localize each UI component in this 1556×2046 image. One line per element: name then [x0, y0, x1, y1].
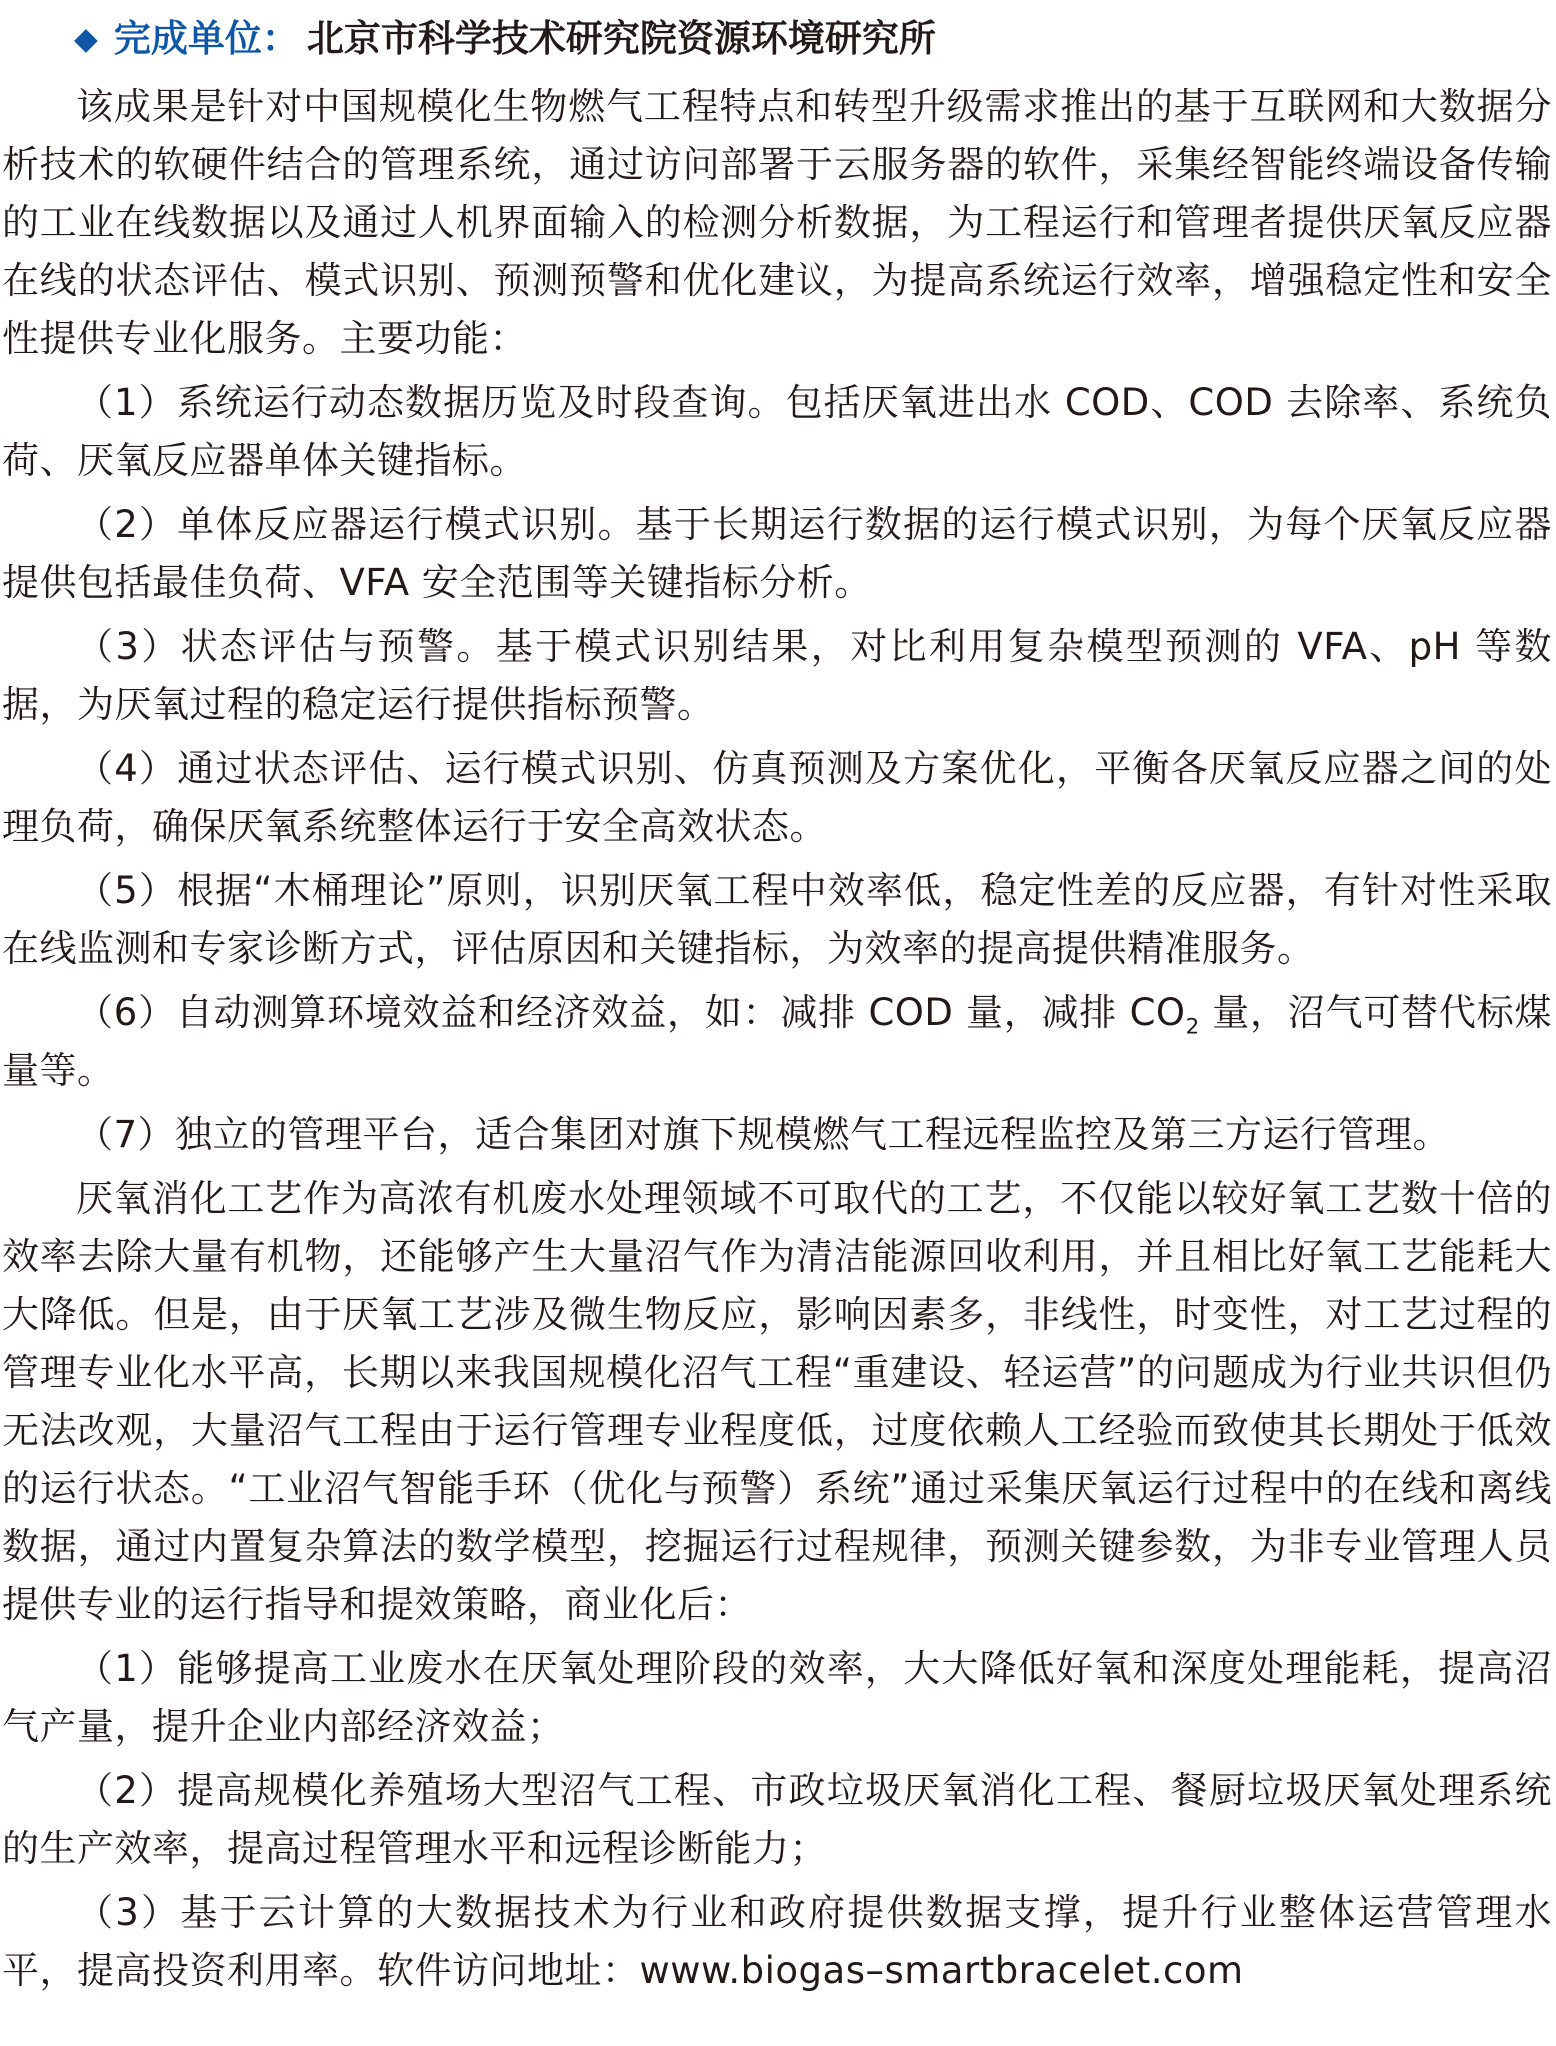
feature-2-text: （2）单体反应器运行模式识别。基于长期运行数据的运行模式识别，为每个厌氧反应器提…	[2, 503, 1552, 604]
co2-subscript: 2	[1186, 1014, 1200, 1039]
benefit-1-text: （1）能够提高工业废水在厌氧处理阶段的效率，大大降低好氧和深度处理能耗，提高沼气…	[2, 1647, 1552, 1748]
completion-unit-header: ◆完成单位：北京市科学技术研究院资源环境研究所	[2, 10, 1552, 68]
feature-6-text-before: （6）自动测算环境效益和经济效益，如：减排 COD 量，减排 CO	[76, 991, 1186, 1034]
completion-unit-label: 完成单位：	[114, 17, 299, 60]
feature-7-text: （7）独立的管理平台，适合集团对旗下规模燃气工程远程监控及第三方运行管理。	[76, 1113, 1450, 1156]
feature-7-paragraph: （7）独立的管理平台，适合集团对旗下规模燃气工程远程监控及第三方运行管理。	[2, 1106, 1552, 1164]
benefit-2-paragraph: （2）提高规模化养殖场大型沼气工程、市政垃圾厌氧消化工程、餐厨垃圾厌氧处理系统的…	[2, 1762, 1552, 1878]
feature-4-text: （4）通过状态评估、运行模式识别、仿真预测及方案优化，平衡各厌氧反应器之间的处理…	[2, 747, 1552, 848]
intro-text: 该成果是针对中国规模化生物燃气工程特点和转型升级需求推出的基于互联网和大数据分析…	[2, 85, 1552, 360]
feature-3-paragraph: （3）状态评估与预警。基于模式识别结果，对比利用复杂模型预测的 VFA、pH 等…	[2, 618, 1552, 734]
feature-1-paragraph: （1）系统运行动态数据历览及时段查询。包括厌氧进出水 COD、COD 去除率、系…	[2, 374, 1552, 490]
benefit-2-text: （2）提高规模化养殖场大型沼气工程、市政垃圾厌氧消化工程、餐厨垃圾厌氧处理系统的…	[2, 1769, 1552, 1870]
benefit-3-paragraph: （3）基于云计算的大数据技术为行业和政府提供数据支撑，提升行业整体运营管理水平，…	[2, 1884, 1552, 2000]
feature-2-paragraph: （2）单体反应器运行模式识别。基于长期运行数据的运行模式识别，为每个厌氧反应器提…	[2, 496, 1552, 612]
feature-5-text: （5）根据“木桶理论”原则，识别厌氧工程中效率低，稳定性差的反应器，有针对性采取…	[2, 869, 1552, 970]
feature-3-text: （3）状态评估与预警。基于模式识别结果，对比利用复杂模型预测的 VFA、pH 等…	[2, 625, 1552, 726]
software-url: www.biogas–smartbracelet.com	[640, 1949, 1244, 1992]
background-text: 厌氧消化工艺作为高浓有机废水处理领域不可取代的工艺，不仅能以较好氧工艺数十倍的效…	[2, 1177, 1552, 1626]
benefit-1-paragraph: （1）能够提高工业废水在厌氧处理阶段的效率，大大降低好氧和深度处理能耗，提高沼气…	[2, 1640, 1552, 1756]
document-page: ◆完成单位：北京市科学技术研究院资源环境研究所 该成果是针对中国规模化生物燃气工…	[0, 0, 1556, 2046]
diamond-bullet-icon: ◆	[74, 21, 98, 57]
background-paragraph: 厌氧消化工艺作为高浓有机废水处理领域不可取代的工艺，不仅能以较好氧工艺数十倍的效…	[2, 1170, 1552, 1634]
feature-1-text: （1）系统运行动态数据历览及时段查询。包括厌氧进出水 COD、COD 去除率、系…	[2, 381, 1552, 482]
intro-paragraph: 该成果是针对中国规模化生物燃气工程特点和转型升级需求推出的基于互联网和大数据分析…	[2, 78, 1552, 368]
feature-5-paragraph: （5）根据“木桶理论”原则，识别厌氧工程中效率低，稳定性差的反应器，有针对性采取…	[2, 862, 1552, 978]
feature-6-paragraph: （6）自动测算环境效益和经济效益，如：减排 COD 量，减排 CO2 量，沼气可…	[2, 984, 1552, 1100]
completion-unit-value: 北京市科学技术研究院资源环境研究所	[307, 17, 936, 60]
feature-4-paragraph: （4）通过状态评估、运行模式识别、仿真预测及方案优化，平衡各厌氧反应器之间的处理…	[2, 740, 1552, 856]
